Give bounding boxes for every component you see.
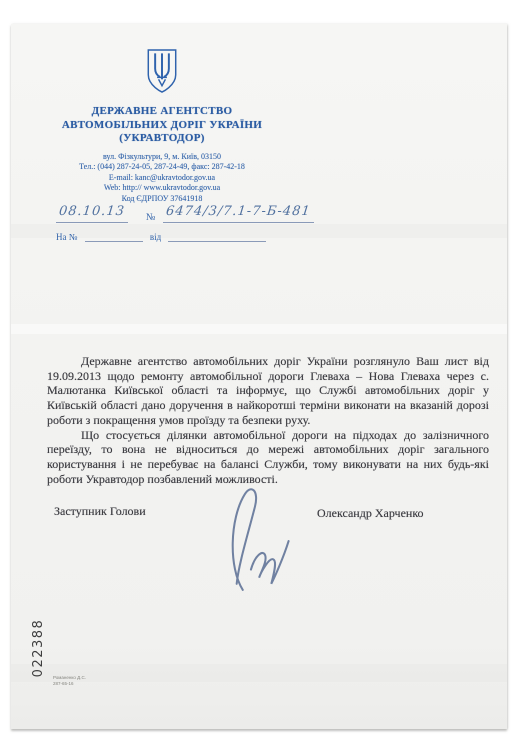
agency-title: ДЕРЖАВНЕ АГЕНТСТВО АВТОМОБІЛЬНИХ ДОРІГ У… <box>37 105 287 146</box>
web-line: Web: http:// www.ukravtodor.gov.ua <box>37 183 287 194</box>
phone-line: Тел.: (044) 287-24-05, 287-24-49, факс: … <box>37 162 287 173</box>
body-paragraph-2: Що стосується ділянки автомобільної доро… <box>47 428 489 487</box>
outgoing-reference-row: 08.10.13 № 6474/3/7.1-7-Б-481 <box>56 202 314 223</box>
signer-position-title: Заступник Голови <box>54 504 146 519</box>
email-line: E-mail: kanc@ukravtodor.gov.ua <box>37 173 287 184</box>
outgoing-date-handwritten: 08.10.13 <box>58 204 125 219</box>
scanned-letter-page: ДЕРЖАВНЕ АГЕНТСТВО АВТОМОБІЛЬНИХ ДОРІГ У… <box>11 24 507 729</box>
reply-date-blank <box>168 231 266 242</box>
registration-number-stamp: 022388 <box>31 616 47 680</box>
reply-from-label: від <box>150 232 161 242</box>
signer-name: Олександр Харченко <box>317 506 424 521</box>
body-paragraph-1: Державне агентство автомобільних доріг У… <box>47 354 489 428</box>
reply-label: На № <box>56 232 77 242</box>
reply-reference-row: На № від <box>56 231 266 242</box>
ukraine-trident-icon <box>145 48 179 95</box>
handwritten-signature <box>214 482 296 594</box>
outgoing-number-handwritten: 6474/3/7.1-7-Б-481 <box>166 204 312 219</box>
number-sign: № <box>146 212 156 223</box>
scan-streak <box>11 324 507 334</box>
executor-name: Романенко Д.С. <box>53 675 86 681</box>
reply-number-blank <box>85 231 143 242</box>
agency-title-line: ДЕРЖАВНЕ АГЕНТСТВО <box>37 105 287 119</box>
executor-note: Романенко Д.С. 287-65-16 <box>53 675 86 686</box>
agency-title-line: АВТОМОБІЛЬНИХ ДОРІГ УКРАЇНИ <box>37 119 287 133</box>
letterhead: ДЕРЖАВНЕ АГЕНТСТВО АВТОМОБІЛЬНИХ ДОРІГ У… <box>37 48 287 204</box>
agency-title-line: (УКРАВТОДОР) <box>37 132 287 146</box>
contact-block: вул. Фізкультури, 9, м. Київ, 03150 Тел.… <box>37 152 287 205</box>
address-line: вул. Фізкультури, 9, м. Київ, 03150 <box>37 152 287 163</box>
letter-body: Державне агентство автомобільних доріг У… <box>47 354 489 486</box>
executor-phone: 287-65-16 <box>53 681 86 687</box>
